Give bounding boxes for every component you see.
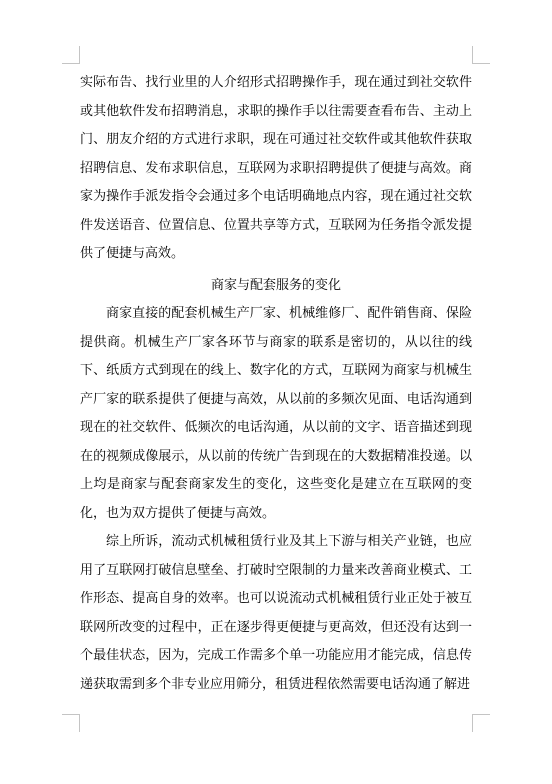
body-paragraph-summary[interactable]: 综上所诉，流动式机械租赁行业及其上下游与相关产业链，也应用了互联网打破信息壁垒、… [80,527,472,698]
text-body: 实际布告、找行业里的人介绍形式招聘操作手，现在通过到社交软件或其他软件发布招聘消… [80,64,472,698]
crop-mark-bottom-left [62,714,80,732]
document-page: 实际布告、找行业里的人介绍形式招聘操作手，现在通过到社交软件或其他软件发布招聘消… [0,0,552,784]
crop-mark-top-left [62,46,80,64]
body-paragraph-vendors[interactable]: 商家直接的配套机械生产厂家、机械维修厂、配件销售商、保险提供商。机械生产厂家各环… [80,299,472,527]
crop-mark-bottom-right [472,714,490,732]
crop-mark-top-right [472,46,490,64]
body-paragraph-continuation[interactable]: 实际布告、找行业里的人介绍形式招聘操作手，现在通过到社交软件或其他软件发布招聘消… [80,68,472,268]
section-heading[interactable]: 商家与配套服务的变化 [80,271,472,300]
